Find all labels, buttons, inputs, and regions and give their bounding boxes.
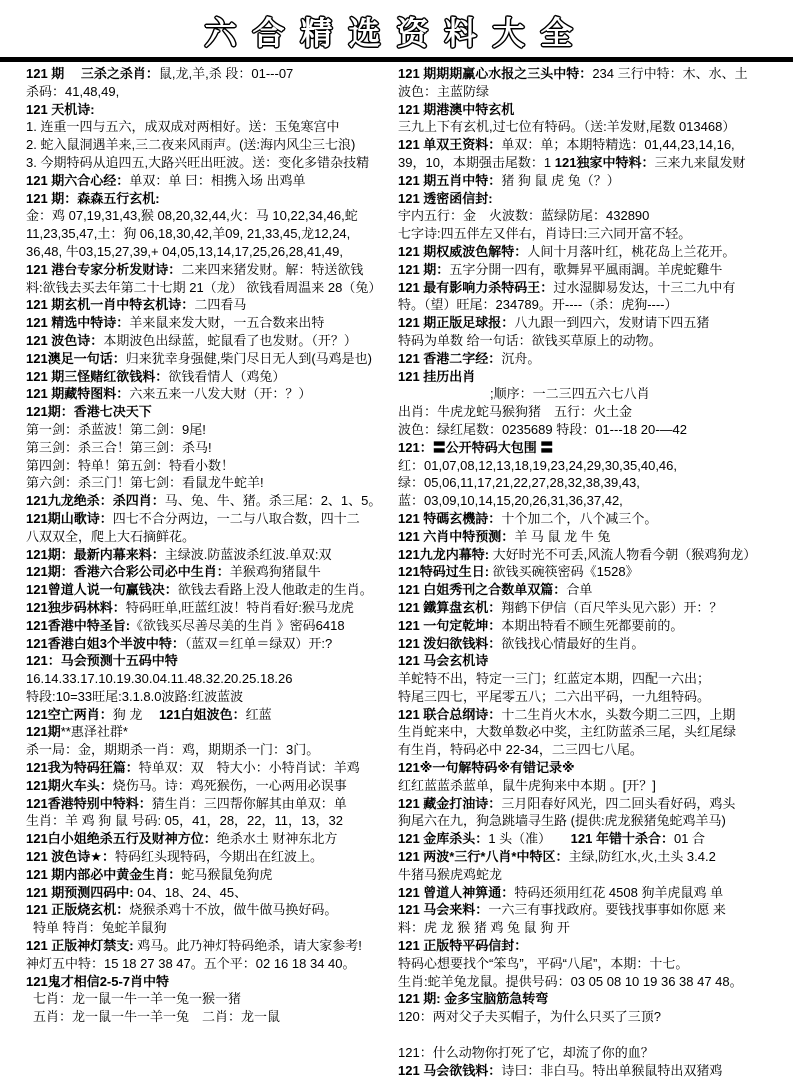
text-segment: 特单双：双 特大小：小特肖试：羊鸡 xyxy=(139,760,360,775)
heading-segment: 121 曾道人神箅通： xyxy=(398,885,514,900)
text-line: 121 天机诗: xyxy=(26,101,398,119)
text-segment: 主绿,防红水,火,土头 3.4.2 xyxy=(568,849,715,864)
text-line: 121：什么动物你打死了它，却流了你的血？ xyxy=(398,1044,793,1062)
text-line: 121独步码林料：特码旺单,旺蓝红波！特肖看好:猴马龙虎 xyxy=(26,599,398,617)
text-segment: 三来九来鼠发财 xyxy=(654,155,745,170)
text-segment: 三九上下有玄机,过七位有特码。（送:羊发财,尾数 013468） xyxy=(398,119,735,134)
heading-segment: 121期火车头： xyxy=(26,778,113,793)
text-segment: 单双：单 曰：相携入场 出鸡单 xyxy=(129,173,305,188)
heading-segment: 121※一句解特码※有错记录※ xyxy=(398,760,575,775)
text-line: 121空亡两肖：狗 龙 121白姐波色：红蓝 xyxy=(26,706,398,724)
text-segment: （蓝双＝红单＝绿双）开:? xyxy=(185,636,332,651)
text-line: 121香港特别中特料：猜生肖：三四帮你解其由单双：单 xyxy=(26,795,398,813)
text-line: 宇内五行：金 火波数：蓝绿防尾：432890 xyxy=(398,207,793,225)
text-segment: 十个加二个，八个减三个。 xyxy=(501,511,657,526)
text-line: 料：虎 龙 猴 猪 鸡 兔 鼠 狗 开 xyxy=(398,919,793,937)
heading-segment: 121九龙内幕特: xyxy=(398,547,489,562)
heading-segment: 121 期藏特图料： xyxy=(26,386,129,401)
text-segment: 一六三有事找政府。要钱找事事如你愿 来 xyxy=(488,902,726,917)
text-segment: 特码红头现特码，今期出在红波上。 xyxy=(115,849,323,864)
header-title-bar: 六合精选资料大全 xyxy=(0,0,793,54)
text-line: 121 期正版足球报：八九跟一到四六，发财请下四五猪 xyxy=(398,314,793,332)
text-segment: 牛猪马猴虎鸡蛇龙 xyxy=(398,867,502,882)
text-line: 121 正版特平码信封： xyxy=(398,937,793,955)
text-segment: 五字分開一四有，歌舞昇平風雨調。羊虎蛇雞牛 xyxy=(449,262,722,277)
text-line: 红红蓝蓝杀蓝单，鼠牛虎狗来中本期 。[开？] xyxy=(398,777,793,795)
text-segment: 出肖：牛虎龙蛇马猴狗猪 五行：火土金 xyxy=(398,404,632,419)
heading-segment: 121 年错十杀合： xyxy=(571,831,674,846)
text-segment: 欲钱买碗筷密码《1528》 xyxy=(489,564,639,579)
text-line: 第一剑：杀蓝波！第二剑：9尾! xyxy=(26,421,398,439)
text-segment: 特。（望）旺尾：234789。开----（杀：虎狗----） xyxy=(398,297,678,312)
heading-segment: 121 期：森森五行玄机: xyxy=(26,191,160,206)
text-line: 121 精选中特诗：羊来鼠来发大财，一五合数来出特 xyxy=(26,314,398,332)
blank-line xyxy=(398,1026,793,1044)
heading-segment: 121 泼妇欲钱料： xyxy=(398,636,501,651)
heading-segment: 121香港白姐3个半波中特： xyxy=(26,636,185,651)
text-segment: 红蓝 xyxy=(246,707,272,722)
text-line: 121 最有影响力杀特码王：过水湿脚易发达，十三二九中有 xyxy=(398,279,793,297)
text-segment: 三月阳春好风光，四二回头看好码，鸡头 xyxy=(501,796,735,811)
heading-segment: 121白小姐绝杀五行及财神方位： xyxy=(26,831,217,846)
text-line: 36,48, 牛03,15,27,39,+ 04,05,13,14,17,25,… xyxy=(26,243,398,261)
page-title: 六合精选资料大全 xyxy=(204,8,588,54)
text-line: 121※一句解特码※有错记录※ xyxy=(398,759,793,777)
text-segment: **惠泽社群* xyxy=(61,724,128,739)
text-segment: 十二生肖火木水，头数今期二三四，上期 xyxy=(501,707,735,722)
heading-segment: 121 香港二字经： xyxy=(398,351,501,366)
text-line: 121 期: 金多宝脑筋急转弯 xyxy=(398,990,793,1008)
text-line: 121期火车头：烧伤马。诗：鸡死猴伤，一心两用必误事 xyxy=(26,777,398,795)
heading-segment: 121 天机诗: xyxy=(26,102,95,117)
text-segment: 五肖：龙一鼠一牛一羊一兔 二肖：龙一鼠 xyxy=(33,1009,280,1024)
heading-segment: 121 港台专家分析发财诗： xyxy=(26,262,181,277)
text-segment: 羊来鼠来发大财，一五合数来出特 xyxy=(129,315,324,330)
text-segment: 本期波色出绿蓝，蛇鼠看了也发财。（开？） xyxy=(103,333,357,348)
text-line: 杀码：41,48,49, xyxy=(26,83,398,101)
text-segment: 杀一局：金，期期杀一肖：鸡，期期杀一门：3门。 xyxy=(26,742,319,757)
text-line: 121特码过生日: 欲钱买碗筷密码《1528》 xyxy=(398,563,793,581)
text-segment: 特码还须用红花 4508 狗羊虎鼠鸡 单 xyxy=(514,885,723,900)
text-segment: 特单 特肖：兔蛇羊鼠狗 xyxy=(33,920,167,935)
heading-segment: 121香港中特圣旨: xyxy=(26,618,130,633)
text-segment: 马、兔、牛、猪。杀三尾：2、1、5。 xyxy=(165,493,382,508)
heading-segment: 121 期正版足球报： xyxy=(398,315,514,330)
text-segment: 猪 狗 鼠 虎 兔（？） xyxy=(501,173,619,188)
text-line: 121 期 三杀之杀肖：鼠,龙,羊,杀 段：01---07 xyxy=(26,65,398,83)
heading-segment: 121：〓公开特码大包围 〓 xyxy=(398,440,553,455)
text-segment: 04、18、24、45、 xyxy=(134,885,247,900)
heading-segment: 121 正版特平码信封： xyxy=(398,938,527,953)
text-line: ;顺序：一二三四五六七八肖 xyxy=(398,385,793,403)
text-segment: 翔鹤下伊信（百尺竿头见六影）开：？ xyxy=(501,600,722,615)
text-segment: 绝杀水土 财神东北方 xyxy=(217,831,338,846)
left-column: 121 期 三杀之杀肖：鼠,龙,羊,杀 段：01---07杀码：41,48,49… xyxy=(26,65,398,1078)
text-line: 杀一局：金，期期杀一肖：鸡，期期杀一门：3门。 xyxy=(26,741,398,759)
text-line: 11,23,35,47,土：狗 06,18,30,42,羊09, 21,33,4… xyxy=(26,225,398,243)
text-line: 出肖：牛虎龙蛇马猴狗猪 五行：火土金 xyxy=(398,403,793,421)
text-segment: 六来五来一八发大财（开：？） xyxy=(129,386,311,401)
heading-segment: 121 期玄机一肖中特玄机诗： xyxy=(26,297,194,312)
heading-segment: 121香港特别中特料： xyxy=(26,796,152,811)
heading-segment: 121 透密函信封: xyxy=(398,191,493,206)
heading-segment: 121白姐波色： xyxy=(159,707,246,722)
text-line: 红：01,07,08,12,13,18,19,23,24,29,30,35,40… xyxy=(398,457,793,475)
text-segment: 波色：绿红尾数：0235689 特段：01---18 20-—42 xyxy=(398,422,687,437)
text-line: 121 波色诗★：特码红头现特码，今期出在红波上。 xyxy=(26,848,398,866)
text-segment: 猜生肖：三四帮你解其由单双：单 xyxy=(152,796,347,811)
text-segment: 八九跟一到四六，发财请下四五猪 xyxy=(514,315,709,330)
text-segment: 《欲钱买尽善尽美的生肖 》密码6418 xyxy=(130,618,345,633)
text-line: 121 期五肖中特：猪 狗 鼠 虎 兔（？） xyxy=(398,172,793,190)
heading-segment: 121期：香港六合彩公司必中生肖： xyxy=(26,564,230,579)
text-line: 五肖：龙一鼠一牛一羊一兔 二肖：龙一鼠 xyxy=(26,1008,398,1026)
text-segment: 羊蛇特不出，特定一三门；红蓝定本期，四配一六出； xyxy=(398,671,710,686)
text-line: 121 特碼玄機詩：十个加二个，八个减三个。 xyxy=(398,510,793,528)
text-segment: 生肖：羊 鸡 狗 鼠 号码: 05，41，28，22，11，13，32 xyxy=(26,813,343,828)
heading-segment: 121期：最新内幕来料： xyxy=(26,547,165,562)
text-line: 121 期港澳中特玄机 xyxy=(398,101,793,119)
text-segment: 羊 马 鼠 龙 牛 兔 xyxy=(514,529,610,544)
heading-segment: 121 白姐秀刊之合数单双篇： xyxy=(398,582,566,597)
text-line: 121 期：五字分開一四有，歌舞昇平風雨調。羊虎蛇雞牛 xyxy=(398,261,793,279)
text-line: 特段:10=33旺尾:3.1.8.0波路:红波蓝波 xyxy=(26,688,398,706)
heading-segment: 121 期六合心经： xyxy=(26,173,129,188)
text-segment: 主绿波.防蓝波杀红波.单双:双 xyxy=(165,547,332,562)
text-segment: 料：虎 龙 猴 猪 鸡 兔 鼠 狗 开 xyxy=(398,920,570,935)
text-segment: 121：什么动物你打死了它，却流了你的血？ xyxy=(398,1045,654,1060)
text-segment: 七字诗:四五伴左又伴右，肖诗曰:三六同开富不轻。 xyxy=(398,226,691,241)
text-line: 121九龙内幕特: 大好时光不可丢,风流人物看今朝（猴鸡狗龙） xyxy=(398,546,793,564)
heading-segment: 121 单双王资料： xyxy=(398,137,501,152)
heading-segment: 121九龙绝杀：杀四肖： xyxy=(26,493,165,508)
text-segment: 杀码：41,48,49, xyxy=(26,84,119,99)
text-segment: 红：01,07,08,12,13,18,19,23,24,29,30,35,40… xyxy=(398,458,677,473)
text-line: 121期山歌诗：四七不合分两边，一二与八取合数，四十二 xyxy=(26,510,398,528)
text-line: 120：两对父子夫买帽子，为什么只买了三顶? xyxy=(398,1008,793,1026)
text-segment: 第一剑：杀蓝波！第二剑：9尾! xyxy=(26,422,206,437)
text-line: 121我为特码狂篇：特单双：双 特大小：小特肖试：羊鸡 xyxy=(26,759,398,777)
text-line: 121 期玄机一肖中特玄机诗：二四看马 xyxy=(26,296,398,314)
text-segment: 特段:10=33旺尾:3.1.8.0波路:红波蓝波 xyxy=(26,689,243,704)
heading-segment: 121 波色诗： xyxy=(26,333,103,348)
text-segment: 二来四来猪发财。解：特送欲钱 xyxy=(181,262,363,277)
text-segment: 羊猴鸡狗猪鼠牛 xyxy=(230,564,321,579)
text-line: 121 波色诗：本期波色出绿蓝，蛇鼠看了也发财。（开？） xyxy=(26,332,398,350)
text-line: 121期**惠泽社群* xyxy=(26,723,398,741)
heading-segment: 121独步码林料： xyxy=(26,600,126,615)
heading-segment: 121 最有影响力杀特码王： xyxy=(398,280,553,295)
text-line: 121 曾道人神箅通：特码还须用红花 4508 狗羊虎鼠鸡 单 xyxy=(398,884,793,902)
text-line: 121 港台专家分析发财诗：二来四来猪发财。解：特送欲钱 xyxy=(26,261,398,279)
text-line: 121 透密函信封: xyxy=(398,190,793,208)
heading-segment: 121 挂历出肖 xyxy=(398,369,475,384)
text-segment: ;顺序：一二三四五六七八肖 xyxy=(490,386,650,401)
text-line: 121 挂历出肖 xyxy=(398,368,793,386)
heading-segment: 121 期五肖中特： xyxy=(398,173,501,188)
text-segment: 烧伤马。诗：鸡死猴伤，一心两用必误事 xyxy=(113,778,347,793)
text-line: 121 鐵算盘玄机：翔鹤下伊信（百尺竿头见六影）开：？ xyxy=(398,599,793,617)
text-segment: 绿：05,06,11,17,21,22,27,28,32,38,39,43, xyxy=(398,475,640,490)
text-segment: 生肖:蛇羊兔龙鼠。提供号码：03 05 08 10 19 36 38 47 48… xyxy=(398,974,743,989)
text-line: 2. 蛇入鼠洞遇羊来,三二夜来风雨声。(送:海内风尘三七浪) xyxy=(26,136,398,154)
text-line: 121：〓公开特码大包围 〓 xyxy=(398,439,793,457)
text-segment: 八双双全，爬上大石摘鲜花。 xyxy=(26,529,195,544)
text-line: 第三剑：杀三合！第三剑：杀马! xyxy=(26,439,398,457)
text-segment: 120：两对父子夫买帽子，为什么只买了三顶? xyxy=(398,1009,661,1024)
text-segment: 欲钱找心情最好的生肖。 xyxy=(501,636,644,651)
text-line: 有生肖，特码必中 22-34，二三四七八尾。 xyxy=(398,741,793,759)
heading-segment: 121 六肖中特预测： xyxy=(398,529,514,544)
heading-segment: 121 马会来料： xyxy=(398,902,488,917)
text-segment: 欲钱去看路上没人他敢走的生肖。 xyxy=(178,582,373,597)
text-segment: 第四剑：特单！第五剑：特看小数！ xyxy=(26,458,234,473)
text-line: 121鬼才相信2-5-7肖中特 xyxy=(26,973,398,991)
text-segment: 人间十月落叶红，桃花岛上兰花开。 xyxy=(527,244,735,259)
heading-segment: 121独家中特料： xyxy=(555,155,655,170)
heading-segment: 121 藏金打油诗： xyxy=(398,796,501,811)
text-line: 蓝：03,09,10,14,15,20,26,31,36,37,42, xyxy=(398,492,793,510)
text-line: 121白小姐绝杀五行及财神方位：绝杀水土 财神东北方 xyxy=(26,830,398,848)
text-segment: 过水湿脚易发达，十三二九中有 xyxy=(553,280,735,295)
text-line: 121 香港二字经：沉舟。 xyxy=(398,350,793,368)
text-line: 121 期内部必中黄金生肖：蛇马猴鼠兔狗虎 xyxy=(26,866,398,884)
text-segment: 沉舟。 xyxy=(501,351,540,366)
text-segment: 鼠,龙,羊,杀 段：01---07 xyxy=(159,66,293,81)
text-segment: 234 三行中特：木、水、土 xyxy=(592,66,747,81)
text-line: 生肖:蛇羊兔龙鼠。提供号码：03 05 08 10 19 36 38 47 48… xyxy=(398,973,793,991)
text-segment: 单双：单；本期特精选：01,44,23,14,16, xyxy=(501,137,734,152)
text-line: 神灯五中特：15 18 27 38 47。五个平：02 16 18 34 40。 xyxy=(26,955,398,973)
text-line: 狗尾六在九，狗急跳墙寻生路 (提供:虎龙猴猪兔蛇鸡羊马) xyxy=(398,812,793,830)
heading-segment: 121 鐵算盘玄机： xyxy=(398,600,501,615)
text-segment: 鸡马。此乃神灯特码绝杀，请大家参考! xyxy=(134,938,362,953)
heading-segment: 121：马会预测十五码中特 xyxy=(26,653,178,668)
heading-segment: 121 期 三杀之杀肖： xyxy=(26,66,159,81)
text-segment: 神灯五中特：15 18 27 38 47。五个平：02 16 18 34 40。 xyxy=(26,956,356,971)
heading-segment: 121 正版烧玄机： xyxy=(26,902,129,917)
document-page: 六合精选资料大全 121 期 三杀之杀肖：鼠,龙,羊,杀 段：01---07杀码… xyxy=(0,0,793,1078)
text-segment: 第三剑：杀三合！第三剑：杀马! xyxy=(26,440,212,455)
text-line: 波色：主蓝防绿 xyxy=(398,83,793,101)
text-line: 121香港中特圣旨:《欲钱买尽善尽美的生肖 》密码6418 xyxy=(26,617,398,635)
text-segment: 36,48, 牛03,15,27,39,+ 04,05,13,14,17,25,… xyxy=(26,244,343,259)
heading-segment: 121 一句定乾坤： xyxy=(398,618,501,633)
content-columns: 121 期 三杀之杀肖：鼠,龙,羊,杀 段：01---07杀码：41,48,49… xyxy=(0,62,793,1078)
text-line: 1. 连重一四与五六，成双成对两相好。送：玉兔寒宫中 xyxy=(26,118,398,136)
text-segment: 16.14.33.17.10.19.30.04.11.48.32.20.25.1… xyxy=(26,671,293,686)
text-line: 特码心想要找个“笨鸟”，平码“八尾”，本期：十七。 xyxy=(398,955,793,973)
text-line: 金：鸡 07,19,31,43,猴 08,20,32,44,火：马 10,22,… xyxy=(26,207,398,225)
text-segment: 合单 xyxy=(566,582,592,597)
text-line: 121 一句定乾坤：本期出特看不顾生死都要前的。 xyxy=(398,617,793,635)
text-segment: 2. 蛇入鼠洞遇羊来,三二夜来风雨声。(送:海内风尘三七浪) xyxy=(26,137,355,152)
heading-segment: 121 期三怪赌红欲钱料： xyxy=(26,369,168,384)
text-line: 生肖：羊 鸡 狗 鼠 号码: 05，41，28，22，11，13，32 xyxy=(26,812,398,830)
text-line: 3. 今期特码从追四五,大路兴旺出旺波。送：变化多错杂技精 xyxy=(26,154,398,172)
text-segment: 39，10，本期强击尾数：1 xyxy=(398,155,555,170)
heading-segment: 121 特碼玄機詩： xyxy=(398,511,501,526)
text-segment: 有生肖，特码必中 22-34，二三四七八尾。 xyxy=(398,742,643,757)
text-line: 绿：05,06,11,17,21,22,27,28,32,38,39,43, xyxy=(398,474,793,492)
text-line: 16.14.33.17.10.19.30.04.11.48.32.20.25.1… xyxy=(26,670,398,688)
text-line: 特。（望）旺尾：234789。开----（杀：虎狗----） xyxy=(398,296,793,314)
heading-segment: 121曾道人说一句赢钱决： xyxy=(26,582,178,597)
text-line: 121 期：森森五行玄机: xyxy=(26,190,398,208)
text-segment: 金：鸡 07,19,31,43,猴 08,20,32,44,火：马 10,22,… xyxy=(26,208,358,223)
text-segment: 蛇马猴鼠兔狗虎 xyxy=(181,867,272,882)
heading-segment: 121 金库杀头： xyxy=(398,831,488,846)
text-line: 121曾道人说一句赢钱决：欲钱去看路上没人他敢走的生肖。 xyxy=(26,581,398,599)
text-line: 生肖蛇来中，大数单数必中奖，主红防蓝杀三尾，头红尾绿 xyxy=(398,723,793,741)
text-segment: 11,23,35,47,土：狗 06,18,30,42,羊09, 21,33,4… xyxy=(26,226,350,241)
text-line: 121：马会预测十五码中特 xyxy=(26,652,398,670)
text-line: 121 期六合心经：单双：单 曰：相携入场 出鸡单 xyxy=(26,172,398,190)
text-line: 121 两波*三行*八肖*中特区：主绿,防红水,火,土头 3.4.2 xyxy=(398,848,793,866)
text-line: 121 马会玄机诗 xyxy=(398,652,793,670)
text-line: 121 期三怪赌红欲钱料：欲钱看情人（鸡兔） xyxy=(26,368,398,386)
text-line: 121期：香港六合彩公司必中生肖：羊猴鸡狗猪鼠牛 xyxy=(26,563,398,581)
text-line: 121 期权威波色解特：人间十月落叶红，桃花岛上兰花开。 xyxy=(398,243,793,261)
text-segment: 蓝：03,09,10,14,15,20,26,31,36,37,42, xyxy=(398,493,623,508)
heading-segment: 121我为特码狂篇： xyxy=(26,760,139,775)
text-segment: 七肖：龙一鼠一牛一羊一兔一猴一猪 xyxy=(33,991,241,1006)
text-segment: 生肖蛇来中，大数单数必中奖，主红防蓝杀三尾，头红尾绿 xyxy=(398,724,736,739)
heading-segment: 121 联合总纲诗： xyxy=(398,707,501,722)
text-segment: 诗曰：非白马。特出单猴鼠特出双猪鸡 xyxy=(501,1063,722,1078)
heading-segment: 121 期港澳中特玄机 xyxy=(398,102,514,117)
text-line: 121 单双王资料：单双：单；本期特精选：01,44,23,14,16, xyxy=(398,136,793,154)
heading-segment: 121 马会欲钱料： xyxy=(398,1063,501,1078)
text-segment: 3. 今期特码从追四五,大路兴旺出旺波。送：变化多错杂技精 xyxy=(26,155,369,170)
heading-segment: 121 两波*三行*八肖*中特区： xyxy=(398,849,568,864)
text-line: 121 期预测四码中: 04、18、24、45、 xyxy=(26,884,398,902)
text-segment: 欲钱看情人（鸡兔） xyxy=(168,369,285,384)
text-line: 121 正版烧玄机：烧猴杀鸡十不放，做牛做马换好码。 xyxy=(26,901,398,919)
text-line: 八双双全，爬上大石摘鲜花。 xyxy=(26,528,398,546)
text-line: 料:欲钱去买去年第二十七期 21（龙） 欲钱看周温来 28（兔） xyxy=(26,279,398,297)
text-segment: 二四看马 xyxy=(194,297,246,312)
text-line: 121 六肖中特预测：羊 马 鼠 龙 牛 兔 xyxy=(398,528,793,546)
heading-segment: 121 精选中特诗： xyxy=(26,315,129,330)
text-segment: 狗 龙 xyxy=(113,707,159,722)
text-line: 39，10，本期强击尾数：1 121独家中特料：三来九来鼠发财 xyxy=(398,154,793,172)
text-segment: 归来犹幸身强健,柴门尽日无人到(马鸡是也) xyxy=(126,351,372,366)
text-line: 特单 特肖：兔蛇羊鼠狗 xyxy=(26,919,398,937)
heading-segment: 121空亡两肖： xyxy=(26,707,113,722)
text-segment: 01 合 xyxy=(674,831,705,846)
text-segment: 特码心想要找个“笨鸟”，平码“八尾”，本期：十七。 xyxy=(398,956,688,971)
text-segment: 料:欲钱去买去年第二十七期 21（龙） 欲钱看周温来 28（兔） xyxy=(26,280,381,295)
text-segment: 第六剑：杀三门！第七剑：看鼠龙牛蛇羊! xyxy=(26,475,264,490)
heading-segment: 121 期预测四码中: xyxy=(26,885,134,900)
text-line: 羊蛇特不出，特定一三门；红蓝定本期，四配一六出； xyxy=(398,670,793,688)
text-segment: 烧猴杀鸡十不放，做牛做马换好码。 xyxy=(129,902,337,917)
heading-segment: 121 期期期赢心水报之三头中特： xyxy=(398,66,592,81)
text-segment: 四七不合分两边，一二与八取合数，四十二 xyxy=(113,511,360,526)
text-segment: 特码旺单,旺蓝红波！特肖看好:猴马龙虎 xyxy=(126,600,354,615)
text-line: 第六剑：杀三门！第七剑：看鼠龙牛蛇羊! xyxy=(26,474,398,492)
heading-segment: 121 波色诗★： xyxy=(26,849,115,864)
heading-segment: 121期：香港七决天下 xyxy=(26,404,152,419)
right-column: 121 期期期赢心水报之三头中特：234 三行中特：木、水、土波色：主蓝防绿12… xyxy=(398,65,793,1078)
text-line: 牛猪马猴虎鸡蛇龙 xyxy=(398,866,793,884)
text-line: 121 期藏特图料：六来五来一八发大财（开：？） xyxy=(26,385,398,403)
text-line: 121 期期期赢心水报之三头中特：234 三行中特：木、水、土 xyxy=(398,65,793,83)
text-segment: 特尾三四七，平尾零五八；二六出平码，一九组特码。 xyxy=(398,689,710,704)
text-segment: 宇内五行：金 火波数：蓝绿防尾：432890 xyxy=(398,208,649,223)
heading-segment: 121特码过生日: xyxy=(398,564,489,579)
text-line: 121 藏金打油诗：三月阳春好风光，四二回头看好码，鸡头 xyxy=(398,795,793,813)
text-segment: 波色：主蓝防绿 xyxy=(398,84,489,99)
text-line: 121期：香港七决天下 xyxy=(26,403,398,421)
text-line: 121九龙绝杀：杀四肖：马、兔、牛、猪。杀三尾：2、1、5。 xyxy=(26,492,398,510)
heading-segment: 121 马会玄机诗 xyxy=(398,653,488,668)
heading-segment: 121 期： xyxy=(398,262,449,277)
text-line: 121期：最新内幕来料：主绿波.防蓝波杀红波.单双:双 xyxy=(26,546,398,564)
text-segment: 本期出特看不顾生死都要前的。 xyxy=(501,618,683,633)
text-segment: 1 头（准） xyxy=(488,831,570,846)
text-line: 121 泼妇欲钱料：欲钱找心情最好的生肖。 xyxy=(398,635,793,653)
text-line: 第四剑：特单！第五剑：特看小数！ xyxy=(26,457,398,475)
heading-segment: 121 期权威波色解特： xyxy=(398,244,527,259)
text-line: 121 马会欲钱料：诗曰：非白马。特出单猴鼠特出双猪鸡 xyxy=(398,1062,793,1078)
heading-segment: 121期 xyxy=(26,724,61,739)
text-line: 121澳足一句话：归来犹幸身强健,柴门尽日无人到(马鸡是也) xyxy=(26,350,398,368)
heading-segment: 121澳足一句话： xyxy=(26,351,126,366)
heading-segment: 121 期内部必中黄金生肖： xyxy=(26,867,181,882)
text-line: 波色：绿红尾数：0235689 特段：01---18 20-—42 xyxy=(398,421,793,439)
heading-segment: 121 期: 金多宝脑筋急转弯 xyxy=(398,991,548,1006)
heading-segment: 121期山歌诗： xyxy=(26,511,113,526)
text-segment: 特码为单数 给一句话：欲钱买草原上的动物。 xyxy=(398,333,662,348)
text-line: 121香港白姐3个半波中特：（蓝双＝红单＝绿双）开:? xyxy=(26,635,398,653)
text-segment: 红红蓝蓝杀蓝单，鼠牛虎狗来中本期 。[开？] xyxy=(398,778,656,793)
text-line: 七字诗:四五伴左又伴右，肖诗曰:三六同开富不轻。 xyxy=(398,225,793,243)
text-segment: 大好时光不可丢,风流人物看今朝（猴鸡狗龙） xyxy=(489,547,756,562)
text-line: 121 金库杀头：1 头（准） 121 年错十杀合：01 合 xyxy=(398,830,793,848)
heading-segment: 121 正版神灯禁支: xyxy=(26,938,134,953)
text-line: 特尾三四七，平尾零五八；二六出平码，一九组特码。 xyxy=(398,688,793,706)
text-line: 121 白姐秀刊之合数单双篇：合单 xyxy=(398,581,793,599)
text-line: 特码为单数 给一句话：欲钱买草原上的动物。 xyxy=(398,332,793,350)
text-segment: 狗尾六在九，狗急跳墙寻生路 (提供:虎龙猴猪兔蛇鸡羊马) xyxy=(398,813,726,828)
text-line: 121 正版神灯禁支: 鸡马。此乃神灯特码绝杀，请大家参考! xyxy=(26,937,398,955)
text-line: 121 联合总纲诗：十二生肖火木水，头数今期二三四，上期 xyxy=(398,706,793,724)
text-line: 七肖：龙一鼠一牛一羊一兔一猴一猪 xyxy=(26,990,398,1008)
text-line: 三九上下有玄机,过七位有特码。（送:羊发财,尾数 013468） xyxy=(398,118,793,136)
text-segment: 1. 连重一四与五六，成双成对两相好。送：玉兔寒宫中 xyxy=(26,119,339,134)
heading-segment: 121鬼才相信2-5-7肖中特 xyxy=(26,974,169,989)
text-line: 121 马会来料：一六三有事找政府。要钱找事事如你愿 来 xyxy=(398,901,793,919)
